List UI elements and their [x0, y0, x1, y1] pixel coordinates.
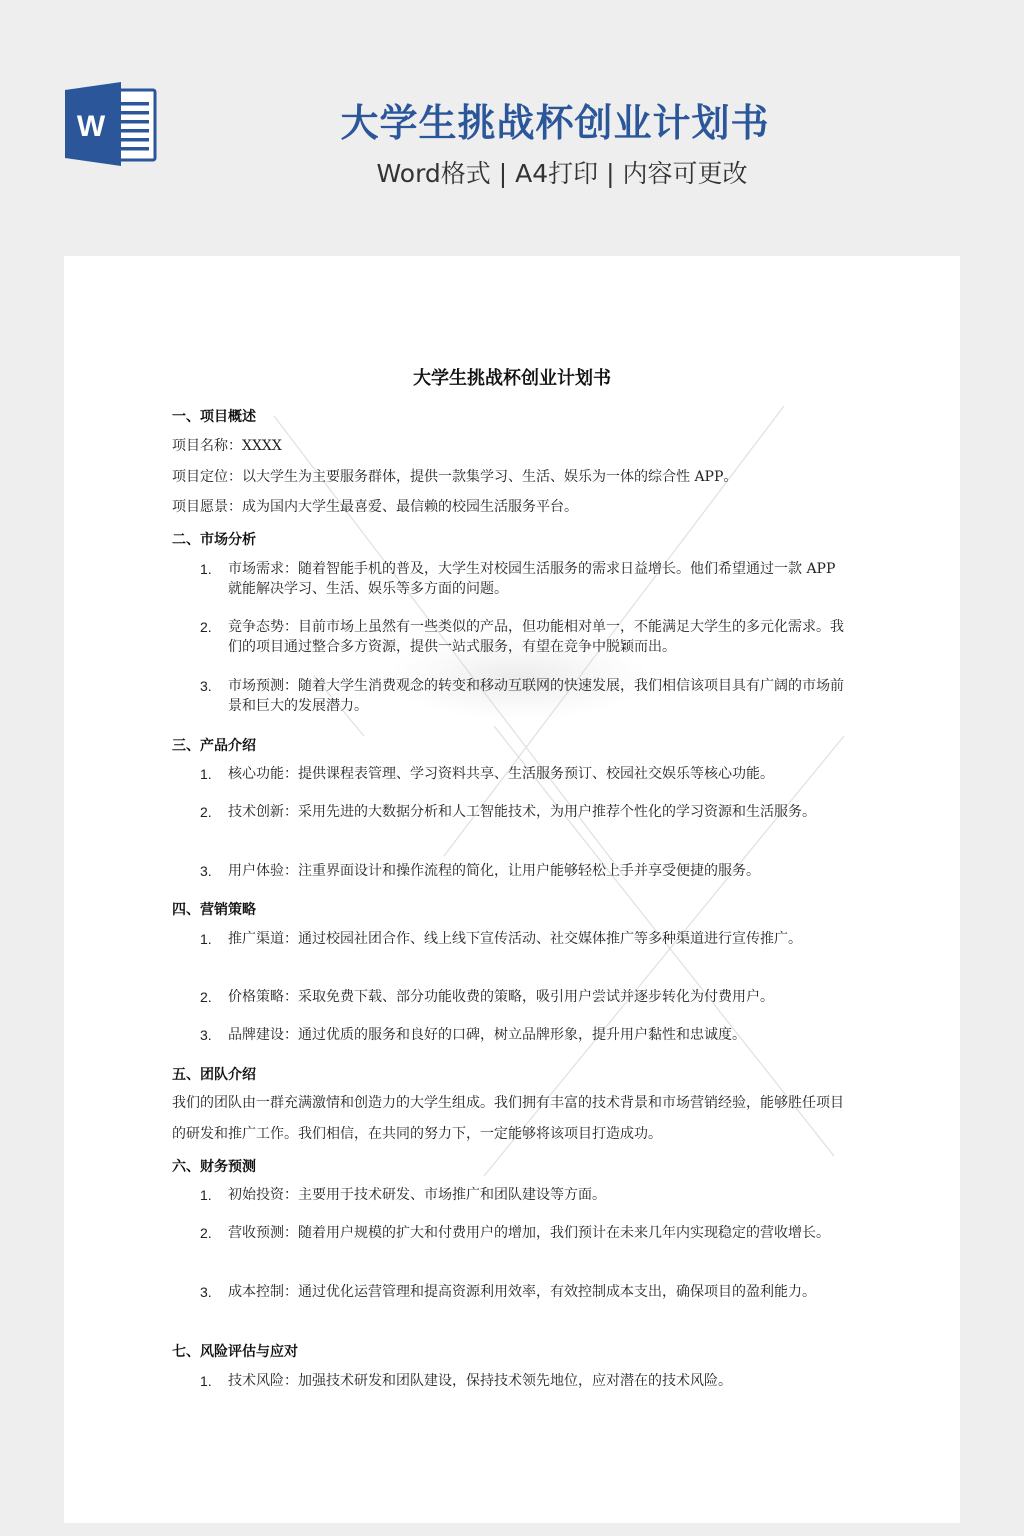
document-page: 大学生挑战杯创业计划书 一、项目概述 项目名称：XXXX 项目定位：以大学生为主… — [64, 256, 960, 1523]
list-item: 2. 价格策略：采取免费下载、部分功能收费的策略，吸引用户尝试并逐步转化为付费用… — [200, 987, 845, 1007]
banner-title: 大学生挑战杯创业计划书 — [0, 92, 1024, 147]
list-number: 2. — [200, 1223, 212, 1243]
paragraph: 我们的团队由一群充满激情和创造力的大学生组成。我们拥有丰富的技术背景和市场营销经… — [172, 1088, 852, 1150]
list-item: 3. 市场预测：随着大学生消费观念的转变和移动互联网的快速发展，我们相信该项目具… — [200, 676, 845, 716]
section-heading: 六、财务预测 — [172, 1156, 256, 1176]
list-item: 3. 品牌建设：通过优质的服务和良好的口碑，树立品牌形象，提升用户黏性和忠诚度。 — [200, 1025, 845, 1045]
list-number: 1. — [200, 929, 212, 949]
list-text: 市场预测：随着大学生消费观念的转变和移动互联网的快速发展，我们相信该项目具有广阔… — [228, 676, 845, 716]
section-heading: 二、市场分析 — [172, 529, 256, 549]
list-item: 1. 推广渠道：通过校园社团合作、线上线下宣传活动、社交媒体推广等多种渠道进行宣… — [200, 929, 845, 949]
list-item: 1. 核心功能：提供课程表管理、学习资料共享、生活服务预订、校园社交娱乐等核心功… — [200, 764, 845, 784]
list-number: 2. — [200, 617, 212, 637]
list-item: 3. 用户体验：注重界面设计和操作流程的简化，让用户能够轻松上手并享受便捷的服务… — [200, 861, 845, 881]
list-text: 用户体验：注重界面设计和操作流程的简化，让用户能够轻松上手并享受便捷的服务。 — [228, 861, 845, 881]
section-heading: 七、风险评估与应对 — [172, 1341, 298, 1361]
list-item: 1. 技术风险：加强技术研发和团队建设，保持技术领先地位，应对潜在的技术风险。 — [200, 1371, 845, 1391]
paragraph: 项目愿景：成为国内大学生最喜爱、最信赖的校园生活服务平台。 — [172, 497, 852, 517]
paragraph: 项目名称：XXXX — [172, 436, 852, 456]
list-item: 1. 市场需求：随着智能手机的普及，大学生对校园生活服务的需求日益增长。他们希望… — [200, 559, 845, 599]
list-text: 技术创新：采用先进的大数据分析和人工智能技术，为用户推荐个性化的学习资源和生活服… — [228, 802, 845, 822]
list-number: 1. — [200, 559, 212, 579]
list-text: 推广渠道：通过校园社团合作、线上线下宣传活动、社交媒体推广等多种渠道进行宣传推广… — [228, 929, 845, 949]
list-number: 3. — [200, 676, 212, 696]
list-text: 初始投资：主要用于技术研发、市场推广和团队建设等方面。 — [228, 1185, 845, 1205]
list-number: 1. — [200, 1371, 212, 1391]
list-number: 1. — [200, 764, 212, 784]
list-number: 3. — [200, 1282, 212, 1302]
list-text: 品牌建设：通过优质的服务和良好的口碑，树立品牌形象，提升用户黏性和忠诚度。 — [228, 1025, 845, 1045]
list-number: 3. — [200, 1025, 212, 1045]
list-item: 2. 技术创新：采用先进的大数据分析和人工智能技术，为用户推荐个性化的学习资源和… — [200, 802, 845, 822]
list-item: 2. 竞争态势：目前市场上虽然有一些类似的产品，但功能相对单一，不能满足大学生的… — [200, 617, 845, 657]
document-title: 大学生挑战杯创业计划书 — [172, 364, 852, 390]
list-text: 成本控制：通过优化运营管理和提高资源利用效率，有效控制成本支出，确保项目的盈利能… — [228, 1282, 845, 1302]
banner-subtitle: Word格式 | A4打印 | 内容可更改 — [0, 154, 1024, 190]
list-number: 2. — [200, 987, 212, 1007]
section-heading: 四、营销策略 — [172, 899, 256, 919]
list-number: 3. — [200, 861, 212, 881]
list-text: 竞争态势：目前市场上虽然有一些类似的产品，但功能相对单一，不能满足大学生的多元化… — [228, 617, 845, 657]
list-text: 技术风险：加强技术研发和团队建设，保持技术领先地位，应对潜在的技术风险。 — [228, 1371, 845, 1391]
list-item: 3. 成本控制：通过优化运营管理和提高资源利用效率，有效控制成本支出，确保项目的… — [200, 1282, 845, 1302]
section-heading: 五、团队介绍 — [172, 1064, 256, 1084]
list-number: 1. — [200, 1185, 212, 1205]
list-text: 核心功能：提供课程表管理、学习资料共享、生活服务预订、校园社交娱乐等核心功能。 — [228, 764, 845, 784]
list-item: 1. 初始投资：主要用于技术研发、市场推广和团队建设等方面。 — [200, 1185, 845, 1205]
list-text: 市场需求：随着智能手机的普及，大学生对校园生活服务的需求日益增长。他们希望通过一… — [228, 559, 845, 599]
paragraph: 项目定位：以大学生为主要服务群体，提供一款集学习、生活、娱乐为一体的综合性 AP… — [172, 467, 852, 487]
list-text: 价格策略：采取免费下载、部分功能收费的策略，吸引用户尝试并逐步转化为付费用户。 — [228, 987, 845, 1007]
section-heading: 三、产品介绍 — [172, 735, 256, 755]
section-heading: 一、项目概述 — [172, 406, 256, 426]
list-text: 营收预测：随着用户规模的扩大和付费用户的增加，我们预计在未来几年内实现稳定的营收… — [228, 1223, 845, 1243]
list-number: 2. — [200, 802, 212, 822]
list-item: 2. 营收预测：随着用户规模的扩大和付费用户的增加，我们预计在未来几年内实现稳定… — [200, 1223, 845, 1243]
